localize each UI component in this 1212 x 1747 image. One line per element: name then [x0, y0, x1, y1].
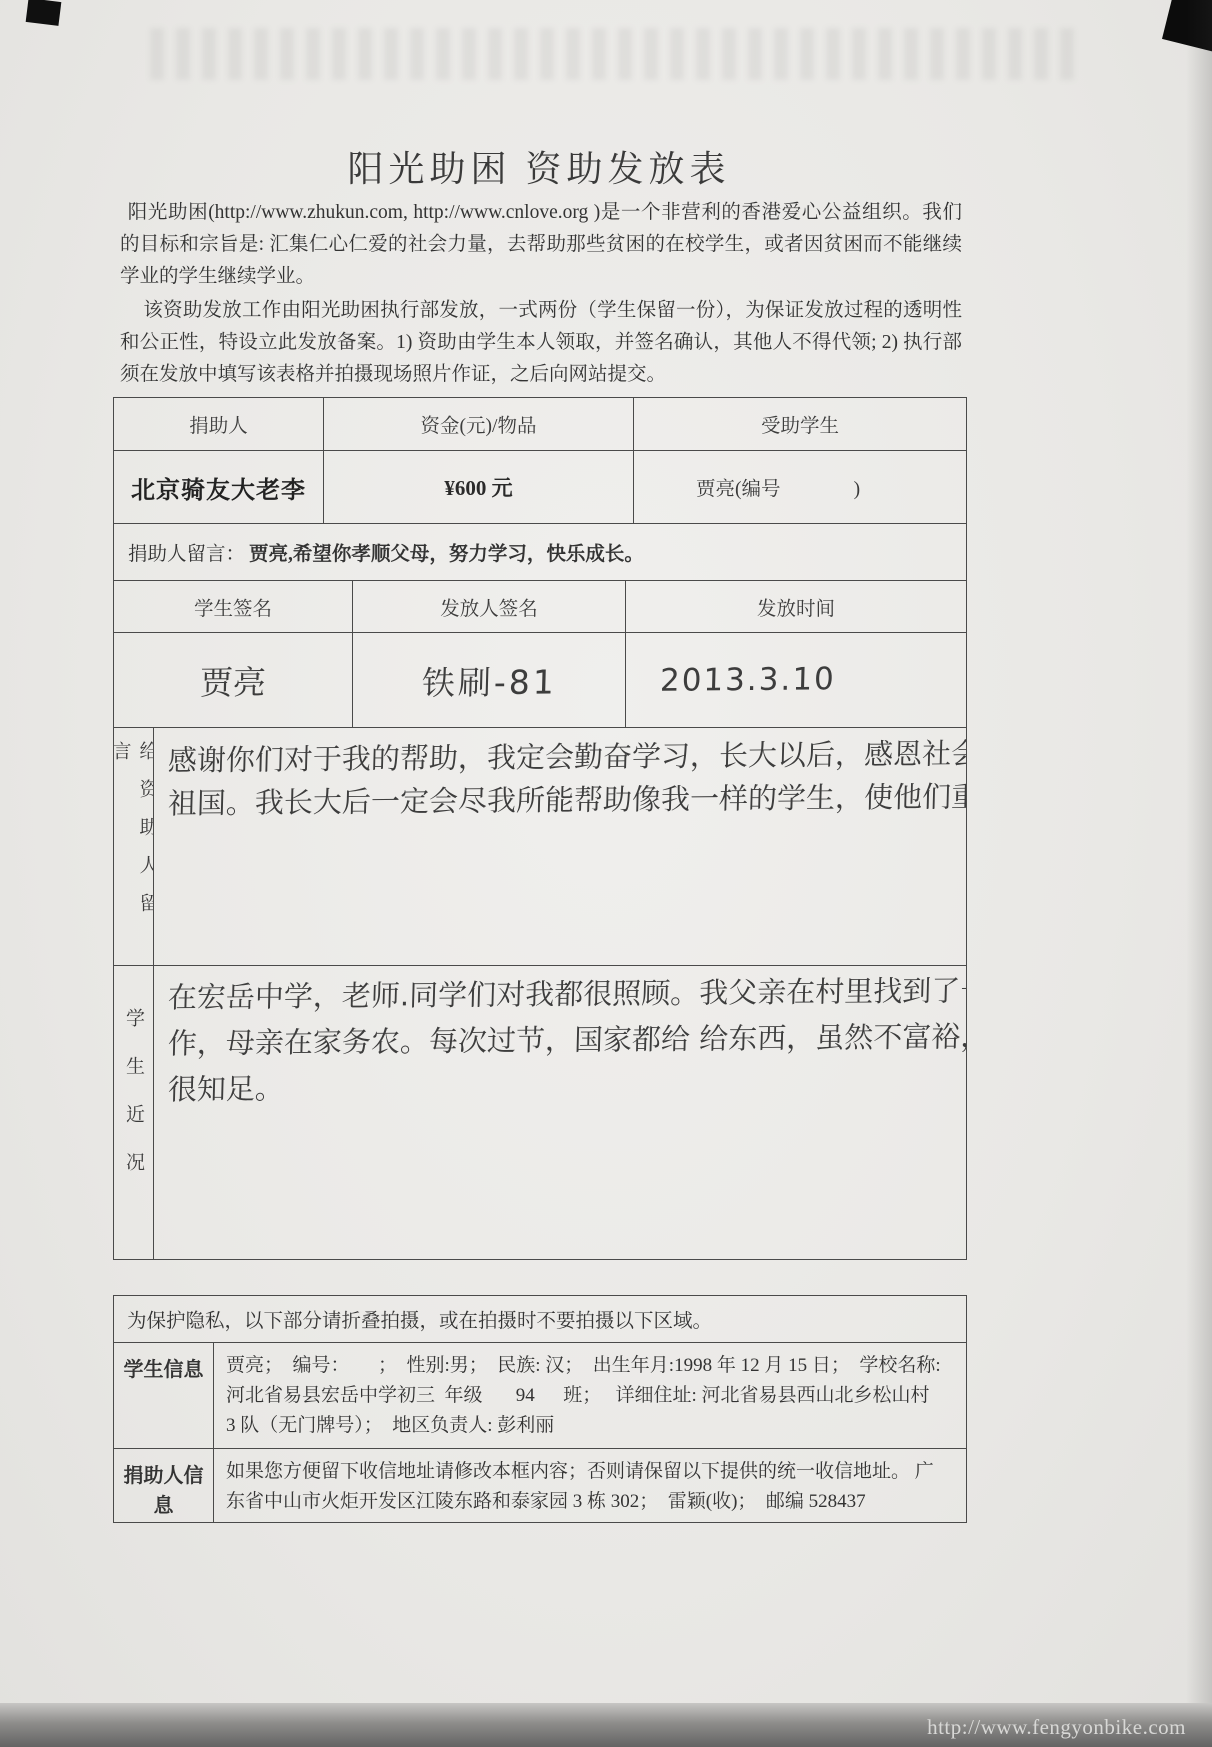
donor-info-label-cell: 捐助人信息 — [114, 1449, 214, 1522]
student-status-line-1: 在宏岳中学，老师.同学们对我都很照顾。我父亲在村里找到了一份工 — [167, 971, 958, 1018]
intro-paragraph-1: 阳光助困(http://www.zhukun.com, http://www.c… — [120, 197, 962, 293]
col-header-amount: 资金(元)/物品 — [324, 398, 634, 450]
donation-value-row: 北京骑友大老李 ¥600 元 贾亮(编号 ) — [114, 451, 966, 524]
student-status-label-cell: 学生近况 — [114, 966, 154, 1259]
student-info-line-1: 贾亮； 编号： ； 性别:男； 民族: 汉； 出生年月:1998 年 12 月 … — [226, 1351, 960, 1381]
student-status-row: 学生近况 在宏岳中学，老师.同学们对我都很照顾。我父亲在村里找到了一份工 作，母… — [114, 966, 966, 1259]
student-status-content: 在宏岳中学，老师.同学们对我都很照顾。我父亲在村里找到了一份工 作，母亲在家务农… — [154, 966, 966, 1259]
scan-ghost-artifact — [150, 28, 1080, 80]
donation-amount: ¥600 元 — [324, 451, 634, 523]
student-info-row: 学生信息 贾亮； 编号： ； 性别:男； 民族: 汉； 出生年月:1998 年 … — [114, 1343, 966, 1449]
message-to-donor-content: 感谢你们对于我的帮助，我定会勤奋学习，长大以后，感恩社会，报效 祖国。我长大后一… — [154, 728, 966, 965]
donor-info-row: 捐助人信息 如果您方便留下收信地址请修改本框内容；否则请保留以下提供的统一收信地… — [114, 1449, 966, 1522]
col-header-donor: 捐助人 — [114, 398, 324, 450]
issuer-signature-cell: 铁刷-81 — [353, 633, 626, 727]
donor-info-line-2: 东省中山市火炬开发区江陵东路和泰家园 3 栋 302； 雷颖(收)； 邮编 52… — [226, 1487, 960, 1517]
donor-message-row: 捐助人留言： 贾亮,希望你孝顺父母，努力学习，快乐成长。 — [114, 524, 966, 581]
message-to-donor-row: 给资助人留言 感谢你们对于我的帮助，我定会勤奋学习，长大以后，感恩社会，报效 祖… — [114, 728, 966, 966]
privacy-notice-row: 为保护隐私，以下部分请折叠拍摄，或在拍摄时不要拍摄以下区域。 — [114, 1296, 966, 1343]
donor-info-label: 捐助人信息 — [122, 1461, 206, 1521]
donation-header-row: 捐助人 资金(元)/物品 受助学生 — [114, 398, 966, 451]
intro-paragraph-2: 该资助发放工作由阳光助困执行部发放，一式两份（学生保留一份），为保证发放过程的透… — [120, 295, 962, 391]
col-header-issue-date: 发放时间 — [626, 581, 966, 632]
student-signature-handwriting: 贾亮 — [199, 656, 266, 704]
aided-student-name: 贾亮(编号 ) — [634, 451, 966, 523]
student-info-label: 学生信息 — [122, 1355, 206, 1385]
donor-message-label: 捐助人留言： — [128, 538, 245, 566]
private-info-table: 为保护隐私，以下部分请折叠拍摄，或在拍摄时不要拍摄以下区域。 学生信息 贾亮； … — [113, 1295, 967, 1523]
signature-header-row: 学生签名 发放人签名 发放时间 — [114, 581, 966, 633]
student-info-label-cell: 学生信息 — [114, 1343, 214, 1448]
student-status-label: 学生近况 — [120, 966, 147, 1259]
message-to-donor-label-cell: 给资助人留言 — [114, 728, 154, 965]
privacy-notice-text: 为保护隐私，以下部分请折叠拍摄，或在拍摄时不要拍摄以下区域。 — [127, 1305, 712, 1333]
student-info-line-3: 3 队（无门牌号）； 地区负责人: 彭利丽 — [226, 1411, 960, 1441]
scan-bottom-strip: http://www.fengyonbike.com — [0, 1703, 1212, 1747]
col-header-student: 受助学生 — [634, 398, 966, 450]
donor-info-content: 如果您方便留下收信地址请修改本框内容；否则请保留以下提供的统一收信地址。 广 东… — [214, 1449, 966, 1522]
signature-value-row: 贾亮 铁刷-81 2013.3.10 — [114, 633, 966, 728]
message-to-donor-label: 给资助人留言 — [114, 728, 154, 965]
scan-corner-mark-left — [26, 0, 62, 26]
issue-date-handwriting: 2013.3.10 — [660, 661, 837, 699]
page-title: 阳光助困 资助发放表 — [113, 141, 965, 192]
student-status-line-2: 作，母亲在家务农。每次过节，国家都给 给东西，虽然不富裕，但我们心里 — [167, 1017, 958, 1064]
message-to-donor-line-1: 感谢你们对于我的帮助，我定会勤奋学习，长大以后，感恩社会，报效 — [167, 734, 958, 781]
donor-name: 北京骑友大老李 — [114, 451, 324, 523]
col-header-student-signature: 学生签名 — [114, 581, 353, 632]
scan-edge-shadow — [1186, 0, 1212, 1747]
message-to-donor-line-2: 祖国。我长大后一定会尽我所能帮助像我一样的学生，使他们重返校园。 — [167, 777, 958, 824]
student-status-line-3: 很知足。 — [167, 1063, 958, 1110]
issue-date-cell: 2013.3.10 — [626, 633, 966, 727]
scanned-form-page: 阳光助困 资助发放表 阳光助困(http://www.zhukun.com, h… — [0, 0, 1212, 1747]
watermark-url: http://www.fengyonbike.com — [927, 1715, 1186, 1740]
aid-distribution-table: 捐助人 资金(元)/物品 受助学生 北京骑友大老李 ¥600 元 贾亮(编号 )… — [113, 397, 967, 1260]
student-info-line-2: 河北省易县宏岳中学初三 年级 94 班； 详细住址: 河北省易县西山北乡松山村 — [226, 1381, 960, 1411]
issuer-signature-handwriting: 铁刷-81 — [421, 656, 557, 704]
student-signature-cell: 贾亮 — [114, 633, 353, 727]
donor-message-text: 贾亮,希望你孝顺父母，努力学习，快乐成长。 — [249, 538, 644, 566]
student-info-content: 贾亮； 编号： ； 性别:男； 民族: 汉； 出生年月:1998 年 12 月 … — [214, 1343, 966, 1448]
col-header-issuer-signature: 发放人签名 — [353, 581, 626, 632]
donor-info-line-1: 如果您方便留下收信地址请修改本框内容；否则请保留以下提供的统一收信地址。 广 — [226, 1457, 960, 1487]
